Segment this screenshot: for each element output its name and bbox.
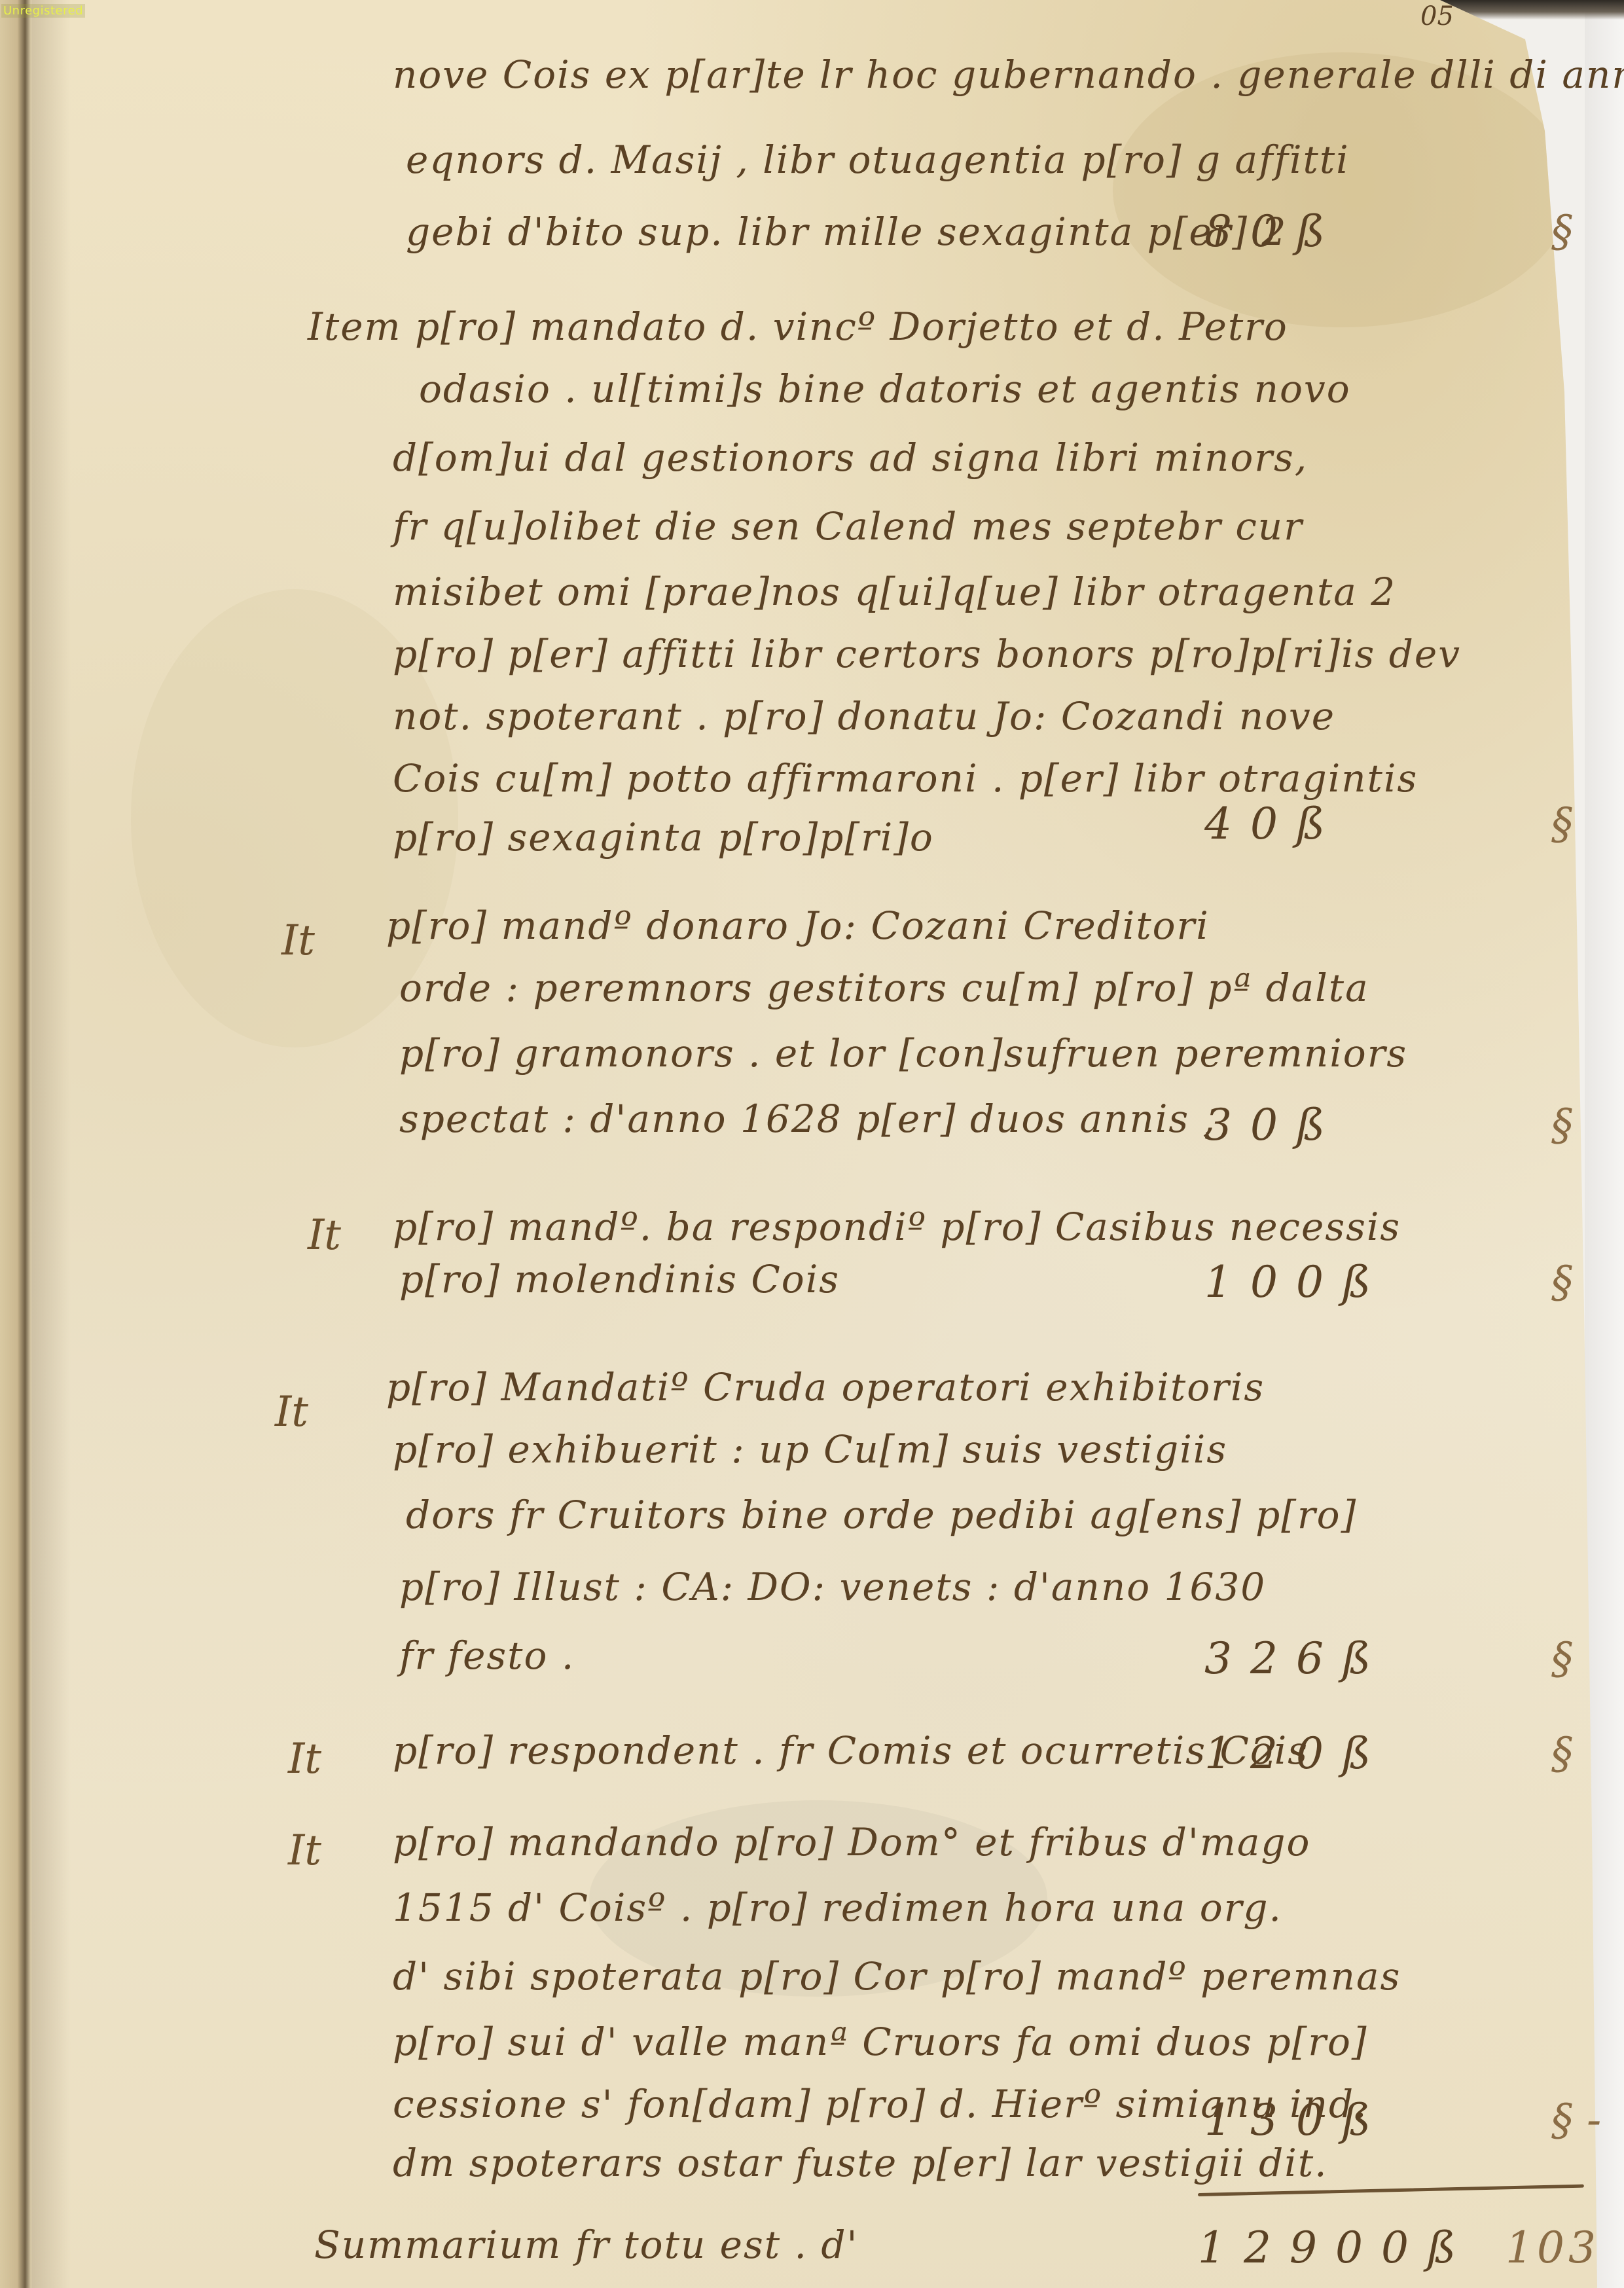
entry-line: dm spoterars ostar fuste p[er] lar vesti… xyxy=(393,2141,1328,2185)
amount-soldi: 100 xyxy=(1204,1257,1342,1307)
entry-line: orde : peremnors gestitors cu[m] p[ro] p… xyxy=(399,966,1369,1010)
entry-line: misibet omi [prae]nos q[ui]q[ue] libr ot… xyxy=(393,570,1396,614)
marginal-item-mark: It xyxy=(288,1735,321,1783)
summary-extra-number: 103 xyxy=(1506,2223,1600,2273)
entry-line: fr q[u]olibet die sen Calend mes septebr… xyxy=(393,504,1303,549)
entry-line: Cois cu[m] potto affirmaroni . p[er] lib… xyxy=(393,756,1418,801)
amount-soldi: 130 xyxy=(1204,2095,1342,2145)
amount-unit: ß xyxy=(1342,1257,1389,1307)
entry-check-mark: § - xyxy=(1551,2095,1601,2145)
entry-amount: 326ß xyxy=(1204,1633,1389,1684)
entry-line: gebi d'bito sup. libr mille sexaginta p[… xyxy=(406,209,1287,254)
total-soldi: 900 xyxy=(1290,2223,1427,2273)
entry-check-mark: § xyxy=(1551,1257,1573,1307)
entry-line: p[ro] respondent . fr Comis et ocurretis… xyxy=(393,1728,1308,1773)
entry-line: fr festo . xyxy=(399,1633,575,1678)
entry-line: p[ro] p[er] affitti libr certors bonors … xyxy=(393,632,1461,676)
entry-amount: 120ß xyxy=(1204,1728,1389,1779)
book-binding-edge xyxy=(0,0,31,2288)
folio-number: 05 xyxy=(1420,1,1454,31)
marginal-item-mark: It xyxy=(288,1826,321,1875)
unregistered-watermark: Unregistered xyxy=(1,4,85,18)
entry-line: eqnors d. Masij , libr otuagentia p[ro] … xyxy=(406,137,1350,182)
entry-check-mark: § xyxy=(1551,1728,1573,1779)
marginal-item-mark: It xyxy=(308,1211,341,1260)
entry-line: p[ro] exhibuerit : up Cu[m] suis vestigi… xyxy=(393,1427,1227,1472)
entry-amount: 100ß xyxy=(1204,1257,1389,1307)
entry-amount: 130ß xyxy=(1204,2095,1389,2145)
entry-check-mark: § xyxy=(1551,1633,1573,1684)
amount-soldi: 40 xyxy=(1204,799,1296,849)
entry-line: p[ro] Mandatiº Cruda operatori exhibitor… xyxy=(386,1365,1265,1409)
entry-line: nove Cois ex p[ar]te lr hoc gubernando .… xyxy=(393,52,1624,97)
entry-amount: 80ß xyxy=(1204,206,1343,257)
summary-total: 12900ß xyxy=(1198,2223,1474,2273)
entry-line: p[ro] sexaginta p[ro]p[ri]o xyxy=(393,815,934,860)
entry-line: p[ro] molendinis Cois xyxy=(399,1257,840,1301)
entry-line: p[ro] mandº. ba respondiº p[ro] Casibus … xyxy=(393,1205,1401,1249)
amount-unit: ß xyxy=(1342,1728,1389,1779)
entry-line: Item p[ro] mandato d. vincº Dorjetto et … xyxy=(308,304,1288,349)
entry-line: p[ro] Illust : CA: DO: venets : d'anno 1… xyxy=(399,1565,1266,1609)
entry-amount: 40ß xyxy=(1204,799,1343,849)
total-unit: ß xyxy=(1427,2223,1474,2273)
marginal-item-mark: It xyxy=(275,1388,308,1436)
entry-line: d' sibi spoterata p[ro] Cor p[ro] mandº … xyxy=(393,1954,1401,1999)
entry-line: not. spoterant . p[ro] donatu Jo: Cozand… xyxy=(393,694,1335,738)
amount-unit: ß xyxy=(1342,1633,1389,1684)
amount-soldi: 30 xyxy=(1204,1100,1296,1150)
amount-soldi: 80 xyxy=(1204,206,1296,257)
entry-line: 1515 d' Coisº . p[ro] redimen hora una o… xyxy=(393,1885,1282,1930)
amount-unit: ß xyxy=(1342,2095,1389,2145)
amount-unit: ß xyxy=(1296,206,1343,257)
entry-line: odasio . ul[timi]s bine datoris et agent… xyxy=(419,367,1351,411)
marginal-item-mark: It xyxy=(281,917,315,965)
entry-check-mark: § xyxy=(1551,799,1573,849)
amount-unit: ß xyxy=(1296,1100,1343,1150)
entry-line: spectat : d'anno 1628 p[er] duos annis , xyxy=(399,1097,1216,1141)
entry-line: p[ro] gramonors . et lor [con]sufruen pe… xyxy=(399,1031,1407,1076)
total-lire: 12 xyxy=(1198,2223,1290,2273)
amount-unit: ß xyxy=(1296,799,1343,849)
amount-soldi: 326 xyxy=(1204,1633,1342,1684)
entry-line: p[ro] mandº donaro Jo: Cozani Creditori xyxy=(386,903,1210,948)
binding-shadow xyxy=(31,0,71,2288)
summary-label: Summarium fr totu est . d' xyxy=(314,2223,858,2267)
entry-check-mark: § xyxy=(1551,1100,1573,1150)
entry-line: p[ro] mandando p[ro] Dom° et fribus d'ma… xyxy=(393,1820,1310,1864)
entry-line: p[ro] sui d' valle manª Cruors fa omi du… xyxy=(393,2020,1368,2064)
entry-line: dors fr Cruitors bine orde pedibi ag[ens… xyxy=(406,1493,1357,1537)
entry-amount: 30ß xyxy=(1204,1100,1343,1150)
entry-check-mark: § xyxy=(1551,206,1573,257)
amount-soldi: 120 xyxy=(1204,1728,1342,1779)
entry-line: d[om]ui dal gestionors ad signa libri mi… xyxy=(393,435,1308,480)
